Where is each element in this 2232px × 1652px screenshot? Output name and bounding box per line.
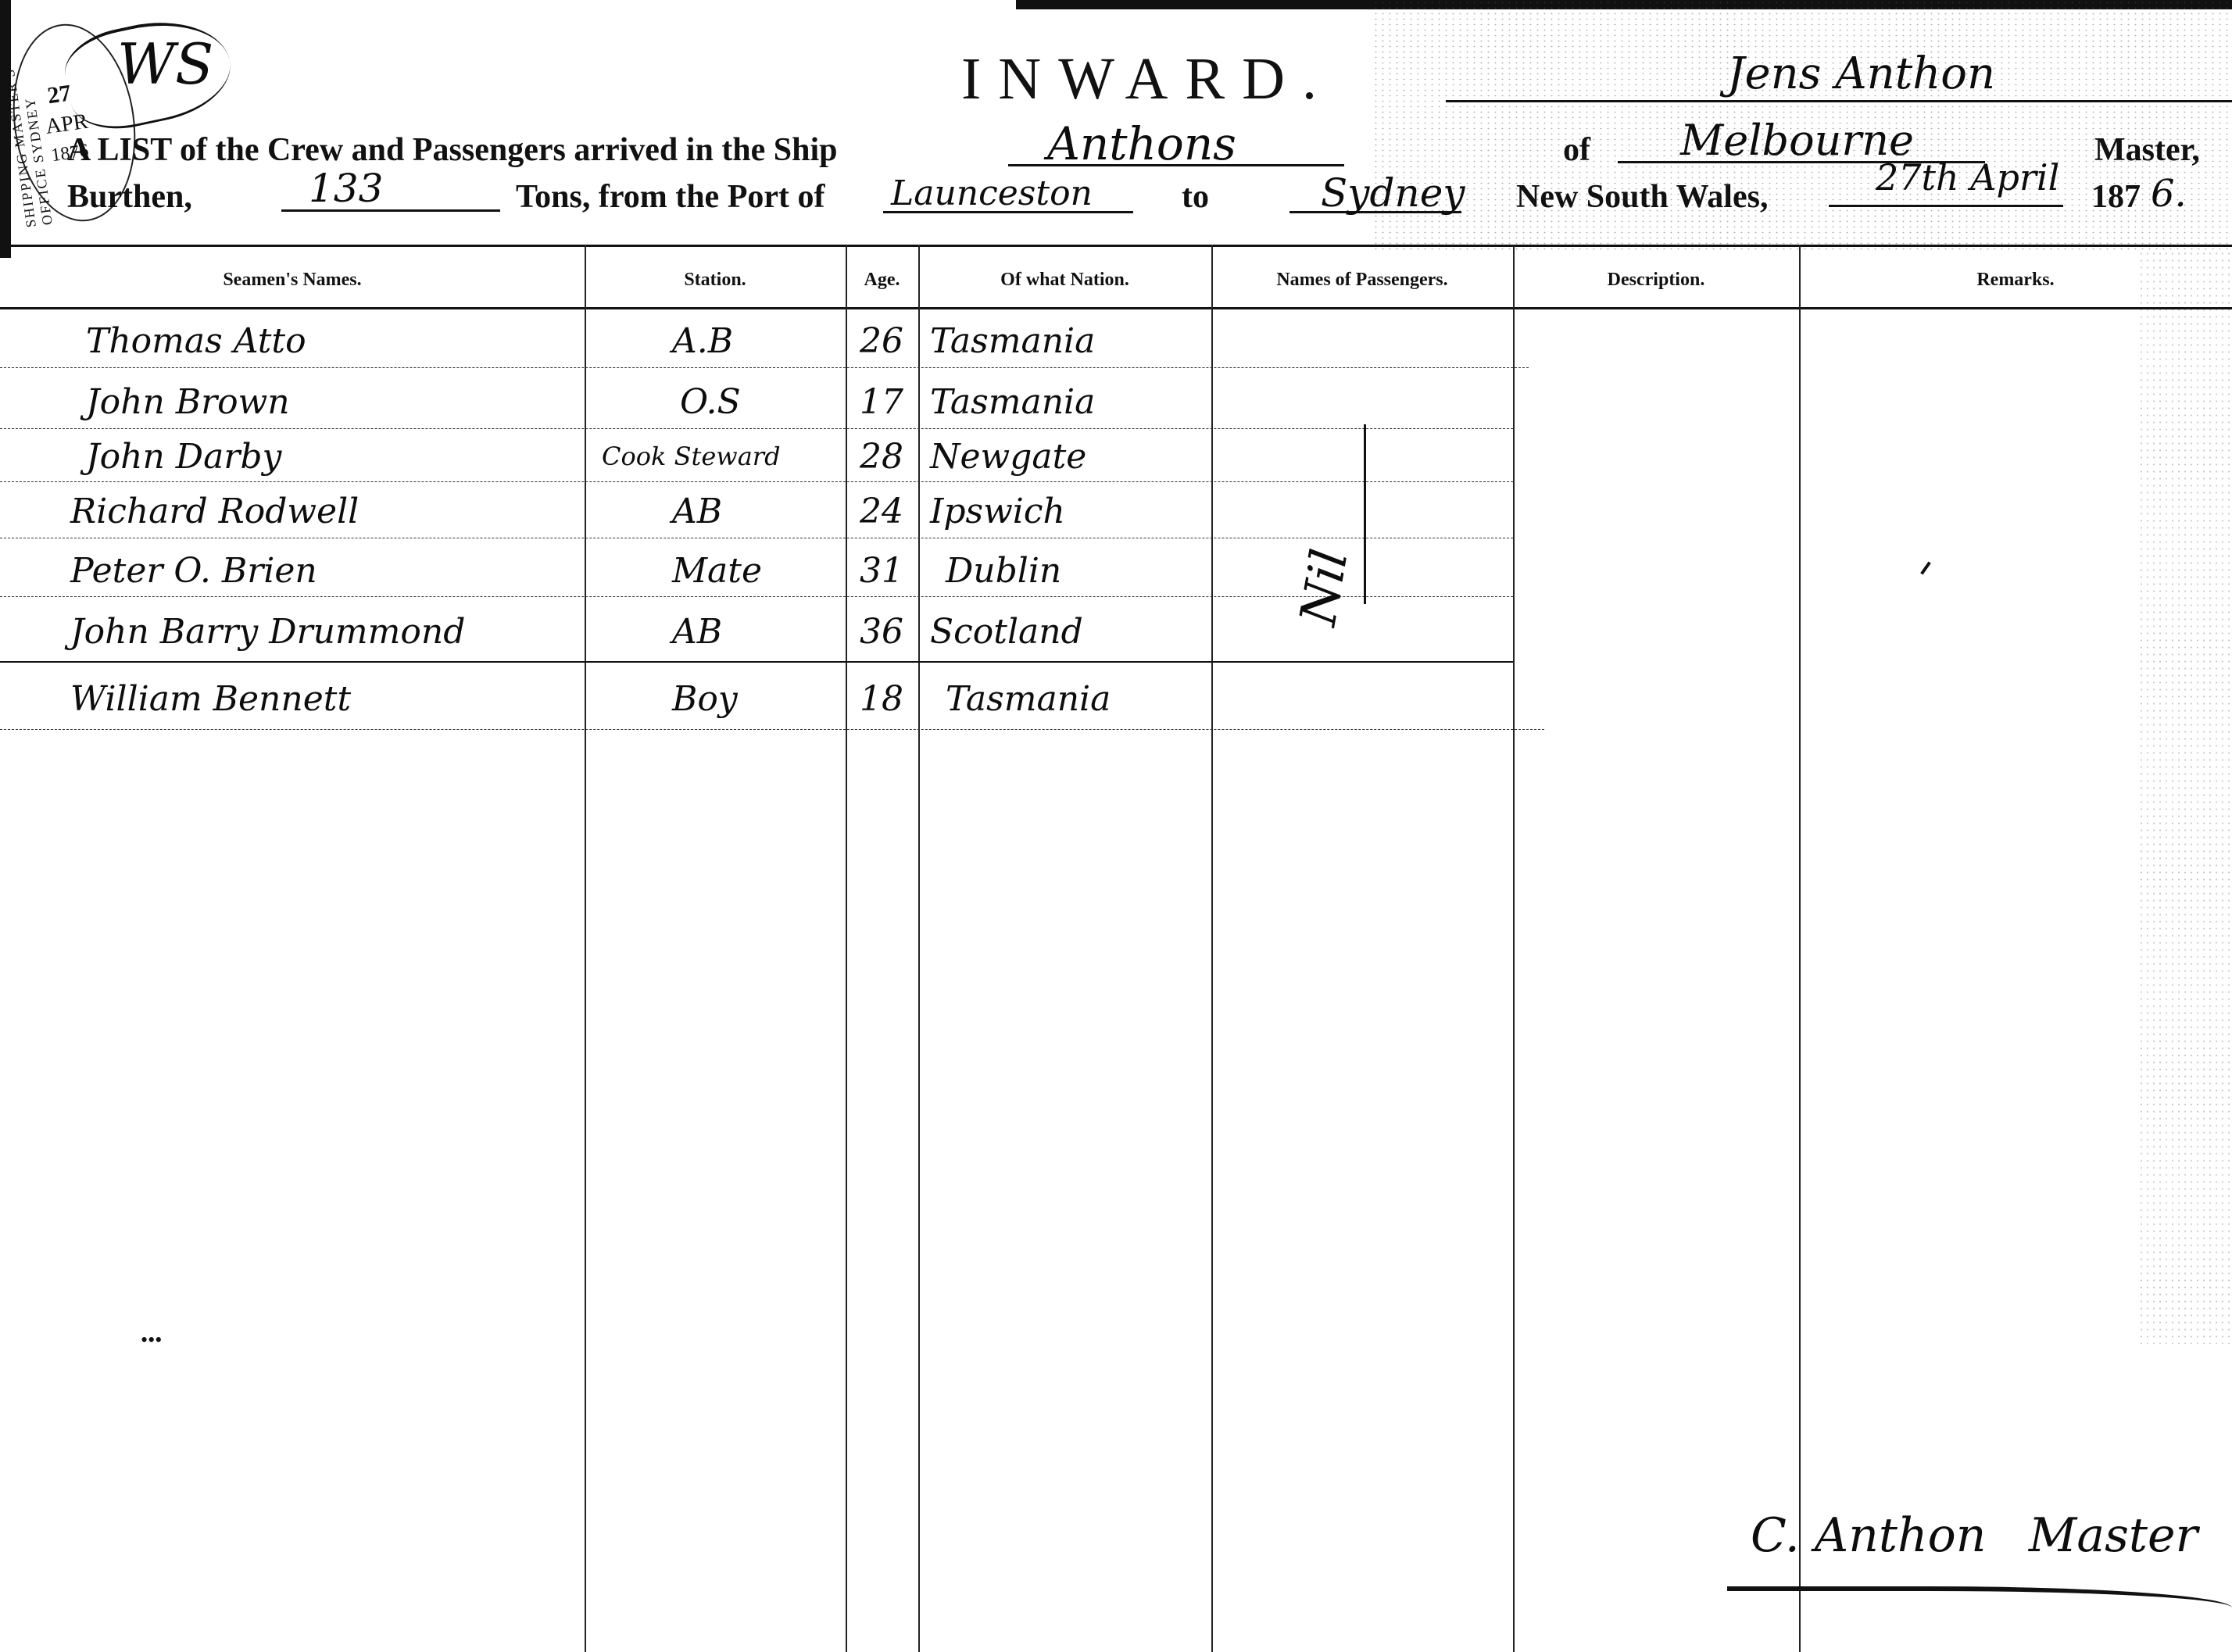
- row-rule: [0, 538, 1513, 538]
- column-divider: [846, 245, 847, 1652]
- colony-label: New South Wales,: [1516, 178, 1768, 216]
- seaman-age: 31: [860, 551, 903, 591]
- column-header-seamen-names: Seamen's Names.: [0, 270, 585, 291]
- to-label: to: [1182, 178, 1209, 216]
- seaman-name: John Brown: [86, 382, 290, 422]
- seaman-name: Peter O. Brien: [70, 551, 317, 591]
- seaman-nation: Tasmania: [930, 382, 1095, 422]
- seaman-station: AB: [672, 612, 722, 652]
- date-line: [1829, 205, 2063, 207]
- master-name-line: [1446, 100, 2232, 102]
- page-title: INWARD.: [961, 45, 1334, 113]
- row-rule: [0, 596, 1513, 597]
- seaman-age: 17: [860, 382, 903, 422]
- seaman-station: AB: [672, 492, 722, 531]
- ship-name: Anthons: [1047, 117, 1236, 170]
- manifest-page: SHIPPING MASTER'S OFFICE SYDNEY 27 APR 1…: [0, 0, 2232, 1652]
- passengers-nil-stroke: [1364, 424, 1366, 604]
- seaman-nation: Scotland: [930, 612, 1083, 652]
- seaman-age: 24: [860, 492, 903, 531]
- row-rule: [0, 481, 1513, 482]
- column-divider: [1513, 245, 1515, 1652]
- column-divider: [1211, 245, 1213, 1652]
- header-bottom-rule: [0, 307, 2232, 309]
- year-prefix: 187: [2091, 178, 2141, 216]
- master-label: Master,: [2094, 131, 2200, 169]
- master-name: Jens Anthon: [1727, 48, 1995, 99]
- seaman-station: Mate: [672, 551, 762, 591]
- column-header-nation: Of what Nation.: [918, 270, 1211, 291]
- clerk-initials: WS: [117, 31, 213, 97]
- seaman-station: A.B: [672, 321, 733, 361]
- of-label: of: [1563, 131, 1590, 169]
- passengers-nil-mark: Nil: [1289, 545, 1360, 630]
- row-rule: [0, 428, 1513, 429]
- column-divider: [1799, 245, 1801, 1652]
- from-port: Launceston: [891, 173, 1093, 213]
- seaman-nation: Dublin: [946, 551, 1061, 591]
- seaman-name: John Darby: [86, 437, 281, 477]
- seaman-nation: Tasmania: [930, 321, 1095, 361]
- ink-blot: •••: [141, 1328, 162, 1352]
- column-divider: [585, 245, 586, 1652]
- crew-passenger-table: Seamen's Names. Station. Age. Of what Na…: [0, 245, 2232, 1652]
- master-signature: C. Anthon Master: [1751, 1508, 2198, 1563]
- row-rule: [0, 729, 1544, 730]
- seaman-age: 28: [860, 437, 903, 477]
- burthen-label: Burthen,: [67, 178, 192, 216]
- row-rule: [0, 367, 1529, 368]
- column-header-age: Age.: [846, 270, 918, 291]
- column-divider: [918, 245, 920, 1652]
- table-top-rule: [0, 245, 2232, 247]
- seaman-name: William Bennett: [70, 679, 351, 719]
- column-header-passengers: Names of Passengers.: [1211, 270, 1513, 291]
- tons-from-label: Tons, from the Port of: [516, 178, 824, 216]
- seaman-name: Richard Rodwell: [70, 492, 359, 531]
- seaman-age: 36: [860, 612, 903, 652]
- to-port: Sydney: [1321, 170, 1465, 216]
- seaman-age: 26: [860, 321, 903, 361]
- seaman-name: Thomas Atto: [86, 321, 306, 361]
- seaman-station: Cook Steward: [602, 442, 781, 471]
- signature-name: C. Anthon: [1751, 1508, 1986, 1563]
- burthen-tons: 133: [309, 166, 383, 211]
- seaman-nation: Ipswich: [930, 492, 1065, 531]
- seaman-station: Boy: [672, 679, 738, 719]
- seaman-station: O.S: [680, 382, 741, 422]
- column-header-station: Station.: [585, 270, 846, 291]
- seaman-age: 18: [860, 679, 903, 719]
- list-heading: A LIST of the Crew and Passengers arrive…: [67, 131, 838, 169]
- seaman-nation: Tasmania: [946, 679, 1111, 719]
- seaman-nation: Newgate: [930, 437, 1086, 477]
- signature-title: Master: [2029, 1508, 2198, 1563]
- remarks-tick-mark: [1920, 561, 1931, 574]
- column-header-remarks: Remarks.: [1799, 270, 2232, 291]
- arrival-date: 27th April: [1876, 156, 2059, 198]
- year-suffix: 6.: [2151, 172, 2187, 216]
- row-rule: [0, 661, 1513, 663]
- seaman-name: John Barry Drummond: [70, 612, 465, 652]
- column-header-description: Description.: [1513, 270, 1799, 291]
